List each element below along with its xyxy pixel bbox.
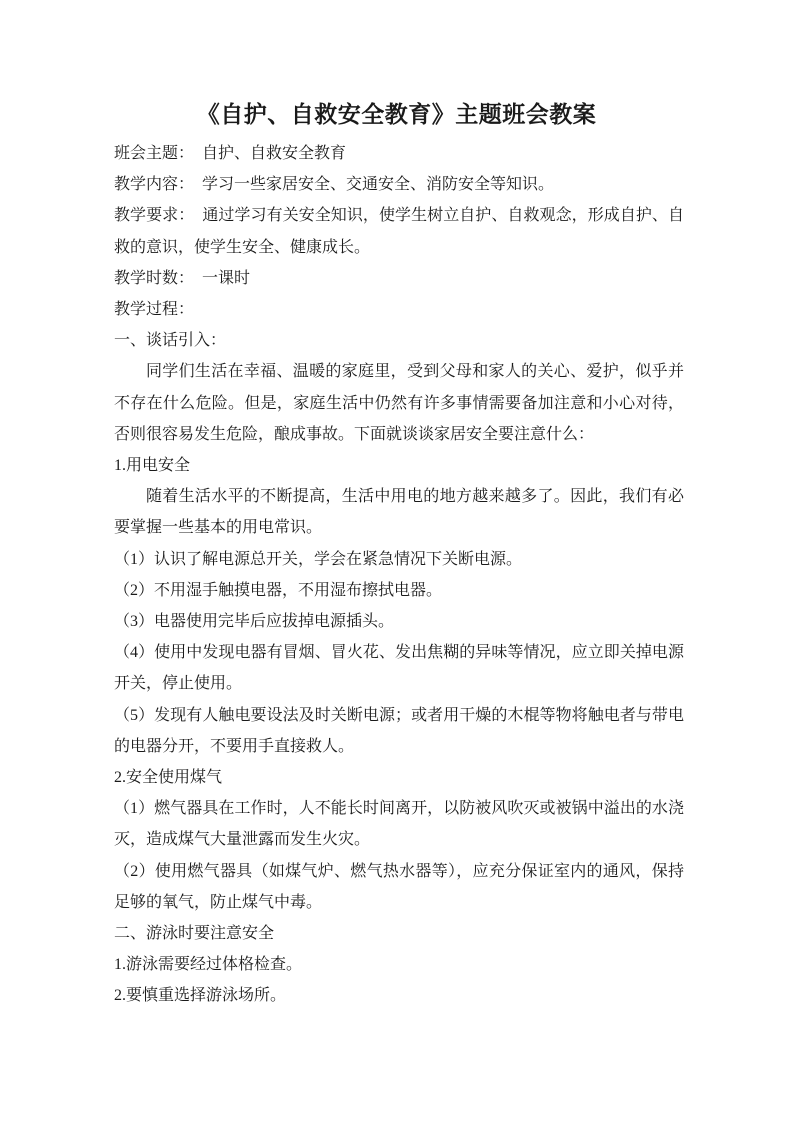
doc-list-item: （1）认识了解电源总开关，学会在紧急情况下关断电源。 (114, 544, 684, 575)
document-body: 班会主题： 自护、自救安全教育 教学内容： 学习一些家居安全、交通安全、消防安全… (114, 138, 684, 1012)
doc-list-item: （5）发现有人触电要设法及时关断电源；或者用干燥的木棍等物将触电者与带电的电器分… (114, 700, 684, 762)
doc-line-teaching-process: 教学过程： (114, 294, 684, 325)
doc-list-item: （2）不用湿手触摸电器，不用湿布擦拭电器。 (114, 575, 684, 606)
doc-paragraph: 同学们生活在幸福、温暖的家庭里，受到父母和家人的关心、爱护，似乎并不存在什么危险… (114, 356, 684, 450)
doc-subheading: 1.游泳需要经过体格检查。 (114, 949, 684, 980)
doc-section-heading: 一、谈话引入： (114, 325, 684, 356)
doc-subheading: 1.用电安全 (114, 450, 684, 481)
doc-paragraph: 随着生活水平的不断提高，生活中用电的地方越来越多了。因此，我们有必要掌握一些基本… (114, 481, 684, 543)
doc-line-teaching-goal: 教学要求： 通过学习有关安全知识，使学生树立自护、自救观念，形成自护、自救的意识… (114, 200, 684, 262)
doc-subheading: 2.要慎重选择游泳场所。 (114, 980, 684, 1011)
doc-section-heading: 二、游泳时要注意安全 (114, 918, 684, 949)
doc-list-item: （3）电器使用完毕后应拔掉电源插头。 (114, 606, 684, 637)
doc-list-item: （4）使用中发现电器有冒烟、冒火花、发出焦糊的异味等情况，应立即关掉电源开关，停… (114, 637, 684, 699)
doc-line-teaching-content: 教学内容： 学习一些家居安全、交通安全、消防安全等知识。 (114, 169, 684, 200)
document-title: 《自护、自救安全教育》主题班会教案 (0, 100, 793, 130)
doc-line-teaching-hours: 教学时数： 一课时 (114, 263, 684, 294)
doc-list-item: （1）燃气器具在工作时，人不能长时间离开，以防被风吹灭或被锅中溢出的水浇灭，造成… (114, 793, 684, 855)
doc-list-item: （2）使用燃气器具（如煤气炉、燃气热水器等），应充分保证室内的通风，保持足够的氧… (114, 856, 684, 918)
document-page: 《自护、自救安全教育》主题班会教案 班会主题： 自护、自救安全教育 教学内容： … (0, 0, 793, 1122)
doc-line-meeting-theme: 班会主题： 自护、自救安全教育 (114, 138, 684, 169)
doc-subheading: 2.安全使用煤气 (114, 762, 684, 793)
